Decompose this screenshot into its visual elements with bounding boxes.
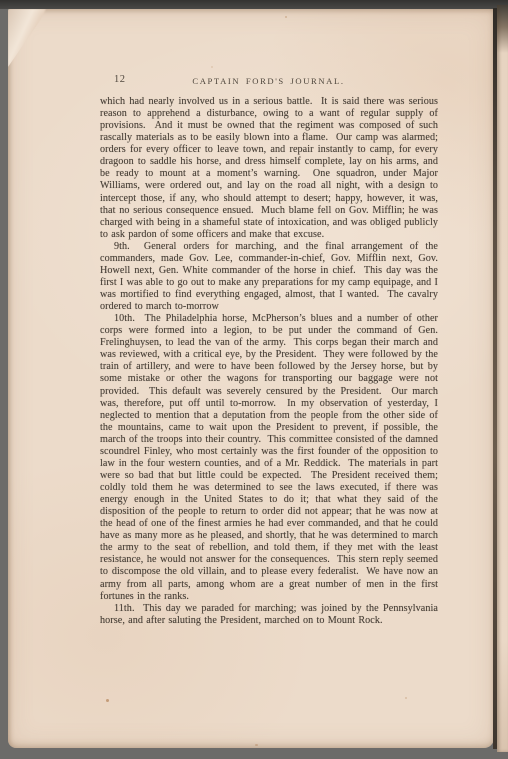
page-corner-fold — [8, 9, 48, 67]
journal-paragraph-continuation: which had nearly involved us in a seriou… — [100, 96, 438, 241]
running-title: CAPTAIN FORD'S JOURNAL. — [100, 76, 437, 86]
paper-stain — [255, 744, 258, 746]
adjacent-page-edge — [497, 5, 508, 752]
journal-entry-9th: 9th. General orders for marching, and th… — [100, 241, 438, 313]
paper-stain — [211, 66, 213, 68]
scanned-book-page: 12 CAPTAIN FORD'S JOURNAL. which had nea… — [0, 0, 508, 759]
journal-entry-11th: 11th. This day we paraded for marching; … — [100, 603, 438, 627]
journal-entry-10th: 10th. The Philadelphia horse, McPherson’… — [100, 313, 438, 603]
paper-stain — [285, 16, 287, 18]
journal-text: which had nearly involved us in a seriou… — [100, 96, 438, 627]
paper-stain — [405, 697, 407, 699]
paper-stain — [106, 699, 109, 702]
scan-top-shadow — [0, 0, 508, 9]
book-page: 12 CAPTAIN FORD'S JOURNAL. which had nea… — [8, 9, 494, 748]
page-header: 12 CAPTAIN FORD'S JOURNAL. — [100, 73, 437, 89]
